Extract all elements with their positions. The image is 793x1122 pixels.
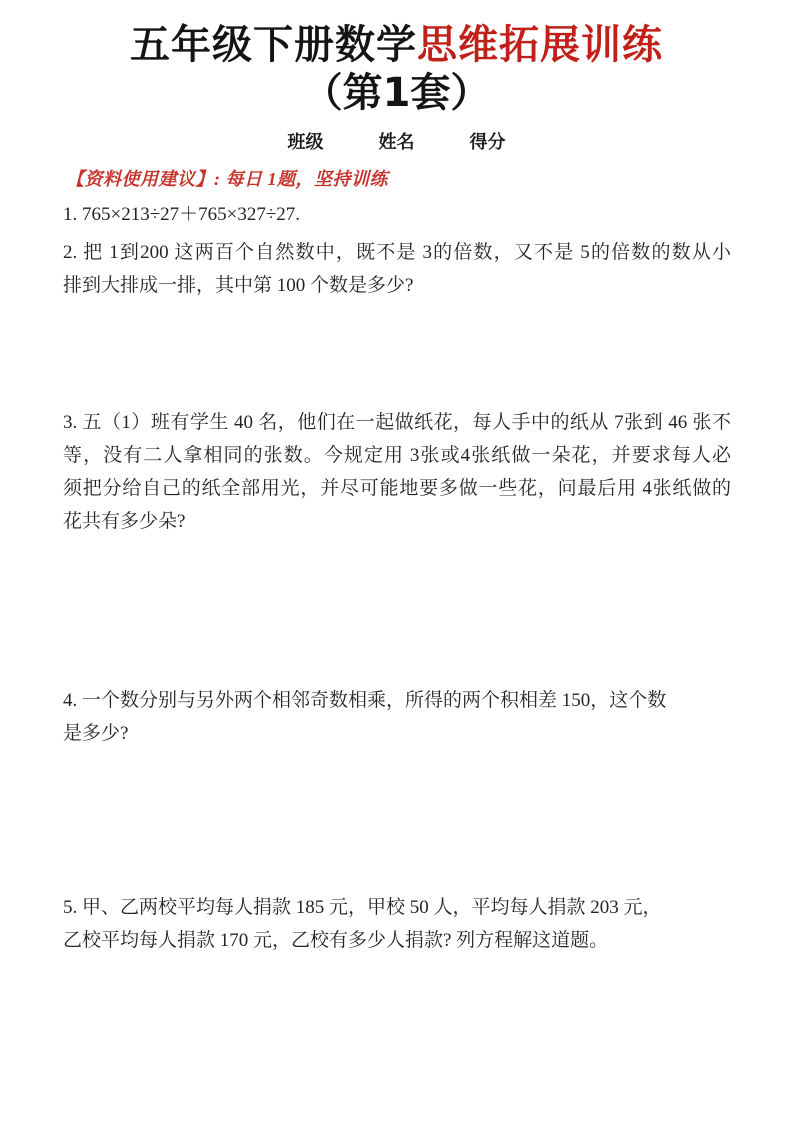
question-3-line: 须把分给自己的纸全部用光，并尽可能地要多做一些花，问最后用 4张纸做的 — [63, 472, 731, 505]
title-set-number: （第1套） — [0, 70, 793, 117]
score-field-label: 得分 — [470, 128, 506, 154]
title-black-part: 五年级下册数学 — [130, 22, 417, 68]
question-1: 1. 765×213÷27＋765×327÷27. — [63, 198, 731, 231]
question-2-line: 2. 把 1到200 这两百个自然数中，既不是 3的倍数，又不是 5的倍数的数从… — [63, 236, 731, 269]
title-red-part: 思维拓展训练 — [417, 22, 663, 68]
question-2: 2. 把 1到200 这两百个自然数中，既不是 3的倍数，又不是 5的倍数的数从… — [63, 236, 731, 302]
question-4-line: 4. 一个数分别与另外两个相邻奇数相乘，所得的两个积相差 150，这个数 — [63, 684, 731, 717]
question-5-line: 5. 甲、乙两校平均每人捐款 185 元，甲校 50 人，平均每人捐款 203 … — [63, 891, 731, 924]
question-4: 4. 一个数分别与另外两个相邻奇数相乘，所得的两个积相差 150，这个数 是多少… — [63, 684, 731, 750]
worksheet-page: 五年级下册数学思维拓展训练 （第1套） 班级 姓名 得分 【资料使用建议】: 每… — [0, 0, 793, 1122]
class-field-label: 班级 — [288, 128, 324, 154]
question-3-line: 花共有多少朵? — [63, 505, 731, 538]
usage-tip: 【资料使用建议】: 每日 1题，坚持训练 — [66, 165, 388, 191]
question-3: 3. 五（1）班有学生 40 名，他们在一起做纸花，每人手中的纸从 7张到 46… — [63, 406, 731, 538]
question-3-line: 3. 五（1）班有学生 40 名，他们在一起做纸花，每人手中的纸从 7张到 46… — [63, 406, 731, 439]
question-5: 5. 甲、乙两校平均每人捐款 185 元，甲校 50 人，平均每人捐款 203 … — [63, 891, 731, 957]
question-3-line: 等，没有二人拿相同的张数。今规定用 3张或4张纸做一朵花，并要求每人必 — [63, 439, 731, 472]
question-2-line: 排到大排成一排，其中第 100 个数是多少? — [63, 269, 731, 302]
page-title: 五年级下册数学思维拓展训练 — [0, 22, 793, 69]
question-4-line: 是多少? — [63, 717, 731, 750]
question-5-line: 乙校平均每人捐款 170 元，乙校有多少人捐款? 列方程解这道题。 — [63, 924, 731, 957]
header-fields: 班级 姓名 得分 — [0, 128, 793, 154]
name-field-label: 姓名 — [379, 128, 415, 154]
question-1-line: 1. 765×213÷27＋765×327÷27. — [63, 198, 731, 231]
